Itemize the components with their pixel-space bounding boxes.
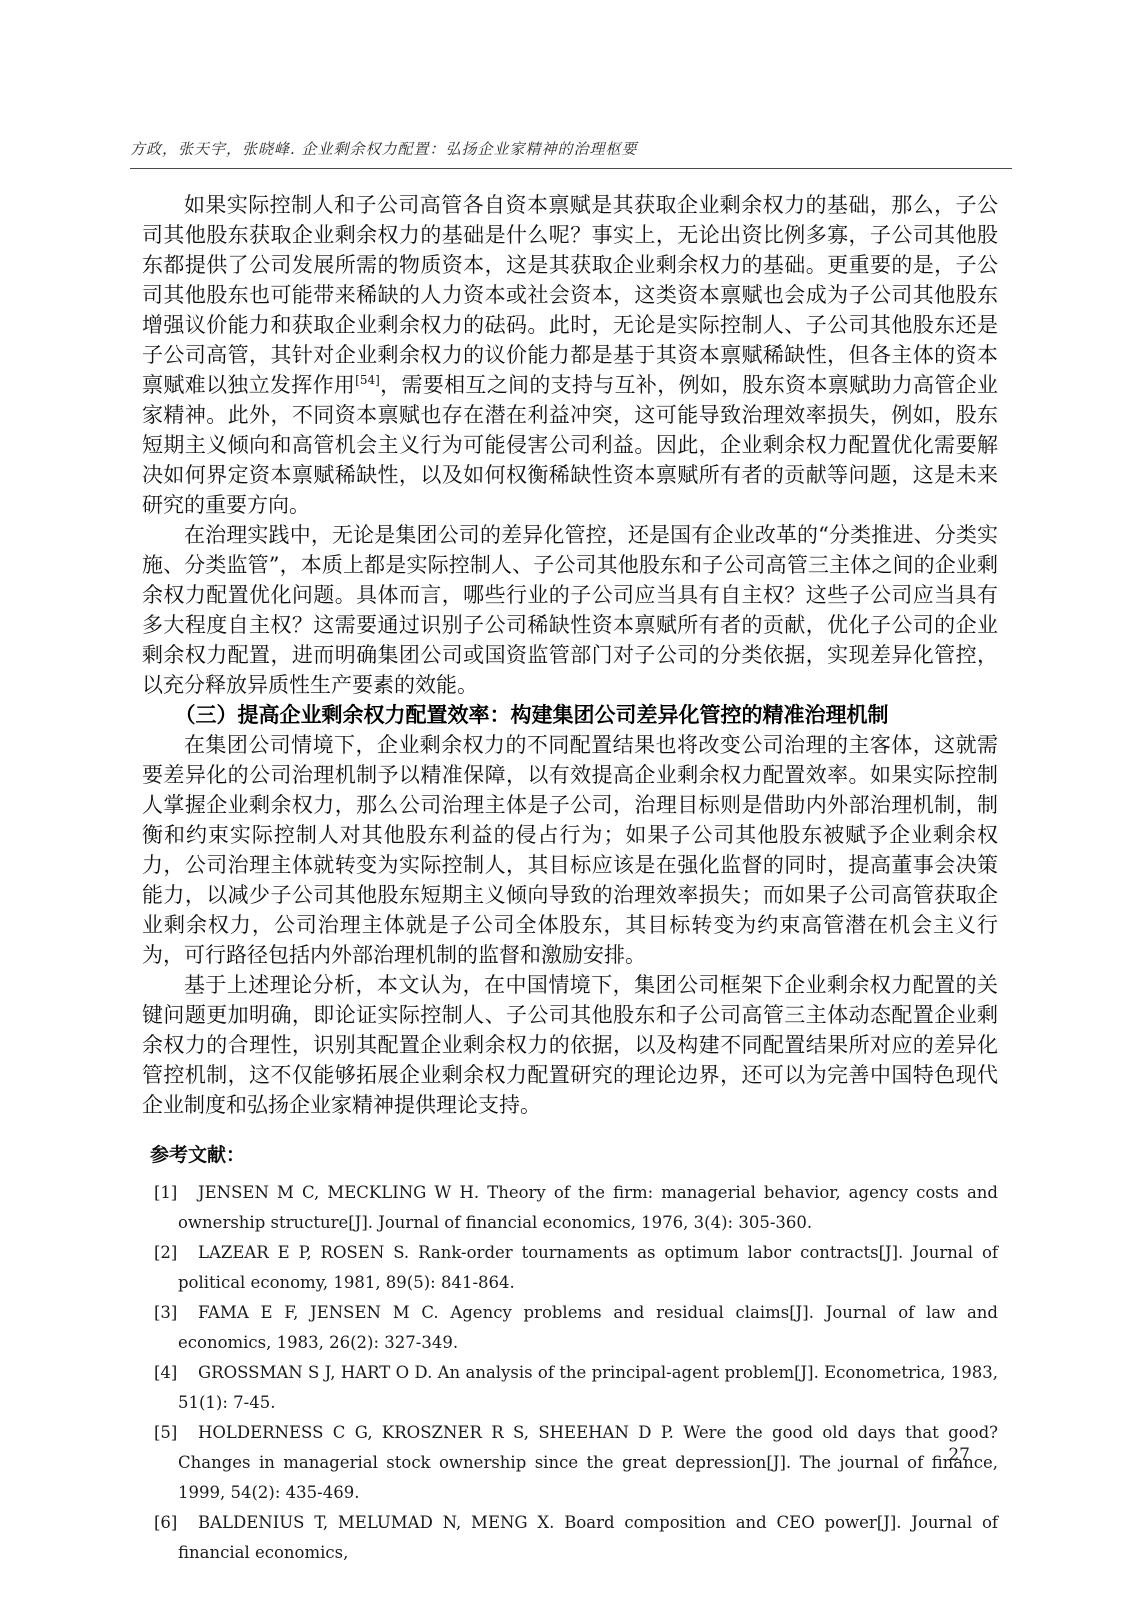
references-title: 参考文献： [150,1142,998,1168]
references-section: 参考文献： [1]JENSEN M C, MECKLING W H. Theor… [142,1142,998,1568]
running-head: 方政，张天宇，张晓峰. 企业剩余权力配置：弘扬企业家精神的治理枢要 [130,138,1012,169]
reference-number: [4] [154,1358,177,1388]
reference-number: [6] [154,1508,177,1538]
paper-page: 方政，张天宇，张晓峰. 企业剩余权力配置：弘扬企业家精神的治理枢要 如果实际控制… [0,0,1140,1600]
paragraph: 基于上述理论分析，本文认为，在中国情境下，集团公司框架下企业剩余权力配置的关键问… [142,970,998,1120]
reference-number: [2] [154,1238,177,1268]
reference-number: [3] [154,1298,177,1328]
reference-text: HOLDERNESS C G, KROSZNER R S, SHEEHAN D … [178,1423,998,1502]
footnote-ref: [54] [355,373,380,387]
reference-item: [1]JENSEN M C, MECKLING W H. Theory of t… [142,1178,998,1238]
reference-number: [5] [154,1418,177,1448]
reference-text: BALDENIUS T, MELUMAD N, MENG X. Board co… [178,1513,998,1562]
reference-item: [4]GROSSMAN S J, HART O D. An analysis o… [142,1358,998,1418]
paragraph: 如果实际控制人和子公司高管各自资本禀赋是其获取企业剩余权力的基础，那么，子公司其… [142,190,998,520]
reference-item: [6]BALDENIUS T, MELUMAD N, MENG X. Board… [142,1508,998,1568]
reference-item: [5]HOLDERNESS C G, KROSZNER R S, SHEEHAN… [142,1418,998,1508]
section-heading: （三）提高企业剩余权力配置效率：构建集团公司差异化管控的精准治理机制 [142,700,998,730]
page-number: 27 [948,1445,970,1465]
reference-item: [3]FAMA E F, JENSEN M C. Agency problems… [142,1298,998,1358]
paragraph: 在治理实践中，无论是集团公司的差异化管控，还是国有企业改革的“分类推进、分类实施… [142,520,998,700]
reference-number: [1] [154,1178,177,1208]
reference-text: GROSSMAN S J, HART O D. An analysis of t… [178,1363,998,1412]
reference-text: LAZEAR E P, ROSEN S. Rank-order tourname… [178,1243,998,1292]
paragraph: 在集团公司情境下，企业剩余权力的不同配置结果也将改变公司治理的主客体，这就需要差… [142,730,998,970]
reference-text: FAMA E F, JENSEN M C. Agency problems an… [178,1303,998,1352]
article-body: 如果实际控制人和子公司高管各自资本禀赋是其获取企业剩余权力的基础，那么，子公司其… [142,190,998,1120]
paragraph-text: 如果实际控制人和子公司高管各自资本禀赋是其获取企业剩余权力的基础，那么，子公司其… [142,193,998,397]
reference-item: [2]LAZEAR E P, ROSEN S. Rank-order tourn… [142,1238,998,1298]
reference-text: JENSEN M C, MECKLING W H. Theory of the … [178,1183,998,1232]
